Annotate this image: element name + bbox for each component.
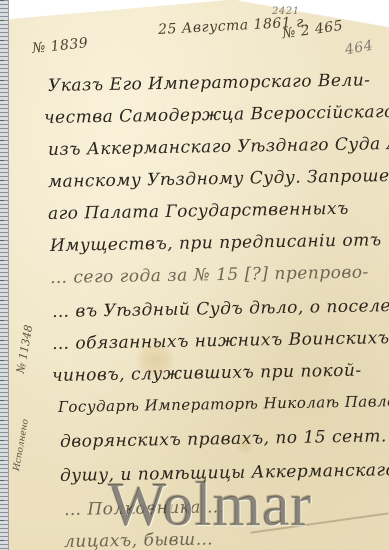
body-line-10: чиновъ, служившихъ при покой- bbox=[52, 361, 362, 386]
margin-note-vertical: № 11348 bbox=[14, 324, 35, 374]
document-number-left: № 1839 bbox=[31, 35, 89, 57]
body-line-2: чества Самодержца Всероссійскаго, bbox=[44, 102, 389, 128]
pencil-annotation-corner: 464 bbox=[344, 38, 375, 59]
scale-ruler bbox=[0, 0, 9, 550]
watermark: Wolmar bbox=[108, 470, 312, 541]
body-line-3: изъ Аккерманскаго Уѣзднаго Суда Аккер- bbox=[48, 133, 389, 160]
body-line-6: Имуществъ, при предписаніи отъ bbox=[50, 230, 382, 256]
document-page: № 1839 25 Августа 1861 г. № 2 465 2421 4… bbox=[0, 0, 389, 550]
body-line-11: Государѣ Императорѣ Николаѣ Павловичѣ, о… bbox=[58, 391, 389, 416]
body-line-7: … сего года за № 15 [?] препрово- bbox=[50, 262, 369, 288]
body-line-5: аго Палата Государственныхъ bbox=[48, 199, 349, 224]
body-line-8: … въ Уѣздный Судъ дѣло, о поселе- bbox=[52, 296, 389, 322]
body-line-1: Указъ Его Императорскаго Вели- bbox=[48, 70, 371, 96]
body-line-9: … обязанныхъ нижнихъ Воинскихъ bbox=[52, 328, 389, 354]
pencil-annotation-top: 2421 bbox=[272, 6, 299, 17]
margin-note-lower: Исполнено bbox=[12, 418, 31, 471]
body-line-4: манскому Уѣздному Суду. Запрошено bbox=[48, 166, 389, 192]
body-line-12: дворянскихъ правахъ, по 15 сент. … bbox=[60, 426, 389, 452]
